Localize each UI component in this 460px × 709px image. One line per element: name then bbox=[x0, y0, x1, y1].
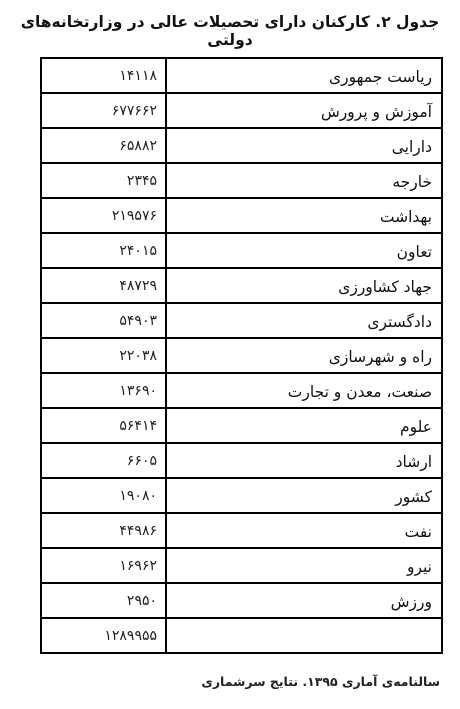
employee-count-cell: ۴۴۹۸۶ bbox=[41, 513, 166, 548]
employee-count-cell: ۶۶۰۵ bbox=[41, 443, 166, 478]
table-row: جهاد کشاورزی۴۸۷۲۹ bbox=[41, 268, 442, 303]
ministry-name-cell: نفت bbox=[166, 513, 442, 548]
ministry-name-cell: ورزش bbox=[166, 583, 442, 618]
ministry-name-cell: ارشاد bbox=[166, 443, 442, 478]
table-row: تعاون۲۴۰۱۵ bbox=[41, 233, 442, 268]
table-row: ۱۲۸۹۹۵۵ bbox=[41, 618, 442, 653]
employee-count-cell: ۶۵۸۸۲ bbox=[41, 128, 166, 163]
ministry-name-cell: نیرو bbox=[166, 548, 442, 583]
ministry-name-cell: راه و شهرسازی bbox=[166, 338, 442, 373]
ministry-name-cell: علوم bbox=[166, 408, 442, 443]
table-row: کشور۱۹۰۸۰ bbox=[41, 478, 442, 513]
table-row: بهداشت۲۱۹۵۷۶ bbox=[41, 198, 442, 233]
document-page: جدول ۲. کارکنان دارای تحصیلات عالی در وز… bbox=[0, 0, 460, 709]
table-caption: جدول ۲. کارکنان دارای تحصیلات عالی در وز… bbox=[0, 0, 460, 49]
table-row: ریاست جمهوری۱۴۱۱۸ bbox=[41, 58, 442, 93]
employee-count-cell: ۴۸۷۲۹ bbox=[41, 268, 166, 303]
employee-count-cell: ۲۴۰۱۵ bbox=[41, 233, 166, 268]
ministries-table: ریاست جمهوری۱۴۱۱۸آموزش و پرورش۶۷۷۶۶۲دارا… bbox=[40, 57, 443, 654]
table-row: ورزش۲۹۵۰ bbox=[41, 583, 442, 618]
table-row: نفت۴۴۹۸۶ bbox=[41, 513, 442, 548]
table-row: آموزش و پرورش۶۷۷۶۶۲ bbox=[41, 93, 442, 128]
table-row: خارجه۲۳۴۵ bbox=[41, 163, 442, 198]
employee-count-cell: ۱۳۶۹۰ bbox=[41, 373, 166, 408]
ministries-table-body: ریاست جمهوری۱۴۱۱۸آموزش و پرورش۶۷۷۶۶۲دارا… bbox=[41, 58, 442, 653]
table-row: صنعت، معدن و تجارت۱۳۶۹۰ bbox=[41, 373, 442, 408]
ministry-name-cell: کشور bbox=[166, 478, 442, 513]
employee-count-cell: ۱۹۰۸۰ bbox=[41, 478, 166, 513]
ministries-table-container: ریاست جمهوری۱۴۱۱۸آموزش و پرورش۶۷۷۶۶۲دارا… bbox=[42, 57, 443, 654]
table-row: دادگستری۵۴۹۰۳ bbox=[41, 303, 442, 338]
employee-count-cell: ۲۱۹۵۷۶ bbox=[41, 198, 166, 233]
table-row: دارایی۶۵۸۸۲ bbox=[41, 128, 442, 163]
employee-count-cell: ۱۴۱۱۸ bbox=[41, 58, 166, 93]
ministry-name-cell: دارایی bbox=[166, 128, 442, 163]
table-row: ارشاد۶۶۰۵ bbox=[41, 443, 442, 478]
employee-count-cell: ۱۶۹۶۲ bbox=[41, 548, 166, 583]
ministry-name-cell: بهداشت bbox=[166, 198, 442, 233]
ministry-name-cell: دادگستری bbox=[166, 303, 442, 338]
ministry-name-cell: ریاست جمهوری bbox=[166, 58, 442, 93]
employee-count-cell: ۵۶۴۱۴ bbox=[41, 408, 166, 443]
ministry-name-cell: صنعت، معدن و تجارت bbox=[166, 373, 442, 408]
employee-count-cell: ۵۴۹۰۳ bbox=[41, 303, 166, 338]
employee-count-cell: ۲۹۵۰ bbox=[41, 583, 166, 618]
employee-count-cell: ۶۷۷۶۶۲ bbox=[41, 93, 166, 128]
table-row: راه و شهرسازی۲۲۰۳۸ bbox=[41, 338, 442, 373]
employee-count-cell: ۲۳۴۵ bbox=[41, 163, 166, 198]
table-row: علوم۵۶۴۱۴ bbox=[41, 408, 442, 443]
employee-count-cell: ۲۲۰۳۸ bbox=[41, 338, 166, 373]
ministry-name-cell: تعاون bbox=[166, 233, 442, 268]
ministry-name-cell: آموزش و پرورش bbox=[166, 93, 442, 128]
source-note: سالنامه‌ی آماری ۱۳۹۵. نتایج سرشماری bbox=[201, 674, 440, 689]
ministry-name-cell bbox=[166, 618, 442, 653]
table-row: نیرو۱۶۹۶۲ bbox=[41, 548, 442, 583]
ministry-name-cell: جهاد کشاورزی bbox=[166, 268, 442, 303]
ministry-name-cell: خارجه bbox=[166, 163, 442, 198]
employee-count-cell: ۱۲۸۹۹۵۵ bbox=[41, 618, 166, 653]
